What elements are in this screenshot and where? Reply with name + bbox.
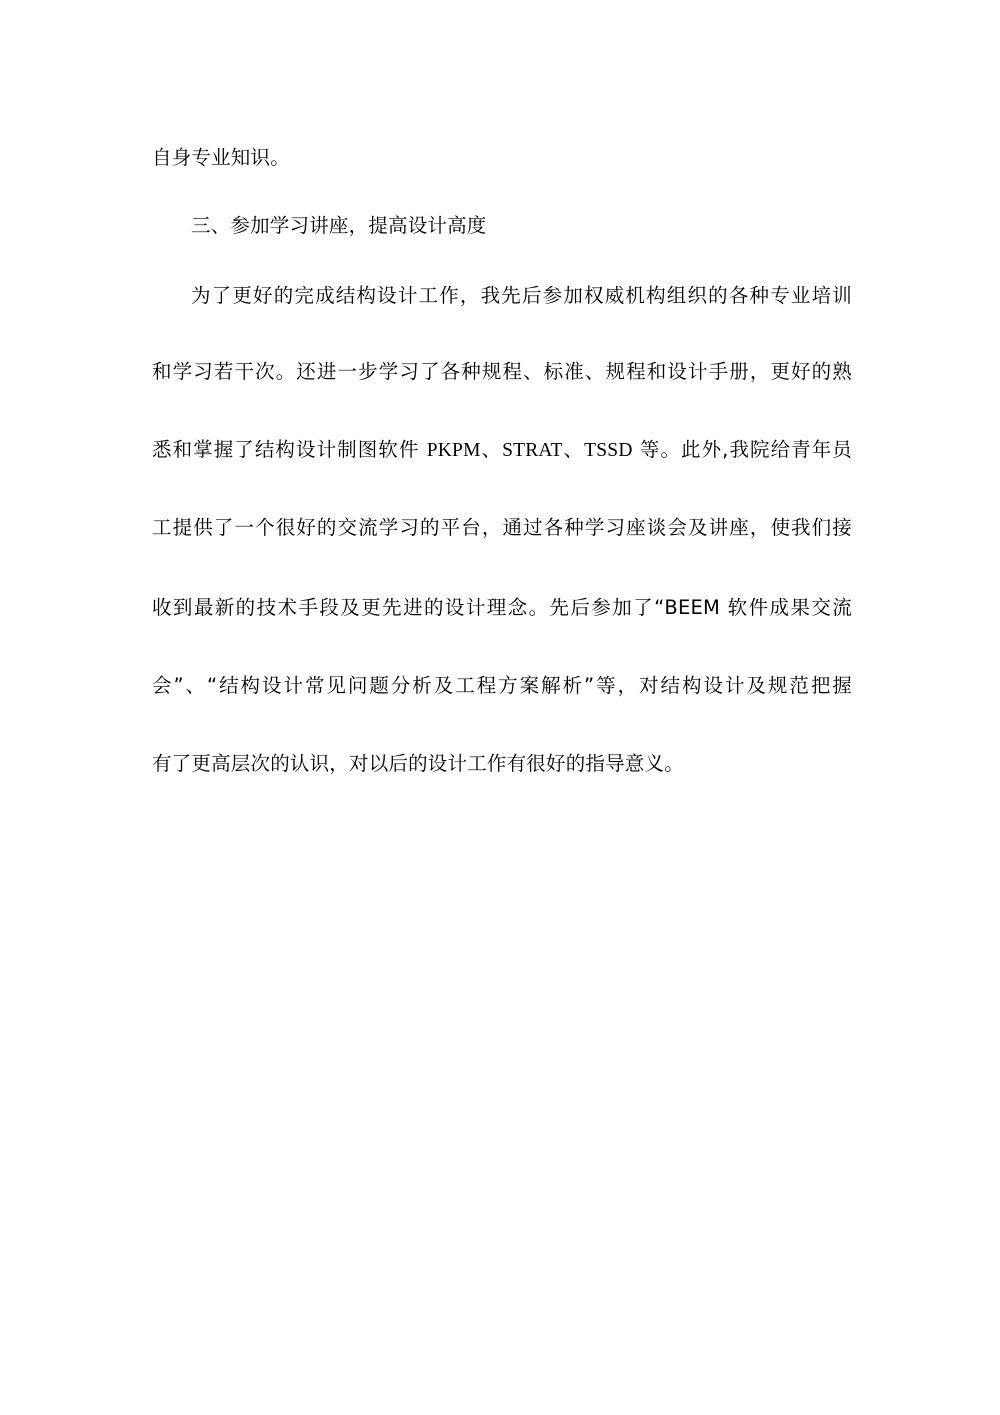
section-heading: 三、参加学习讲座，提高设计高度 — [191, 214, 852, 238]
paragraph-line-3: 悉和掌握了结构设计制图软件 PKPM、STRAT、TSSD 等。此外,我院给青年… — [152, 438, 852, 463]
paragraph-line-6: 会”、“结构设计常见问题分析及工程方案解析”等，对结构设计及规范把握 — [152, 674, 852, 698]
paragraph-line-4: 工提供了一个很好的交流学习的平台，通过各种学习座谈会及讲座，使我们接 — [152, 516, 852, 540]
paragraph-line-5: 收到最新的技术手段及更先进的设计理念。先后参加了“BEEM 软件成果交流 — [152, 596, 852, 620]
paragraph-line-2: 和学习若干次。还进一步学习了各种规程、标准、规程和设计手册，更好的熟 — [152, 360, 852, 384]
document-page: 自身专业知识。 三、参加学习讲座，提高设计高度 为了更好的完成结构设计工作，我先… — [0, 0, 1000, 1415]
paragraph-line-1: 为了更好的完成结构设计工作，我先后参加权威机构组织的各种专业培训 — [191, 284, 852, 308]
paragraph-line-3-end: 等。此外,我院给青年员 — [633, 438, 852, 461]
paragraph-line-3-start: 悉和掌握了结构设计制图软件 — [152, 438, 427, 461]
paragraph-line-7: 有了更高层次的认识，对以后的设计工作有很好的指导意义。 — [152, 752, 852, 776]
software-names: PKPM、STRAT、TSSD — [427, 440, 633, 461]
paragraph-tail-line: 自身专业知识。 — [152, 146, 852, 170]
